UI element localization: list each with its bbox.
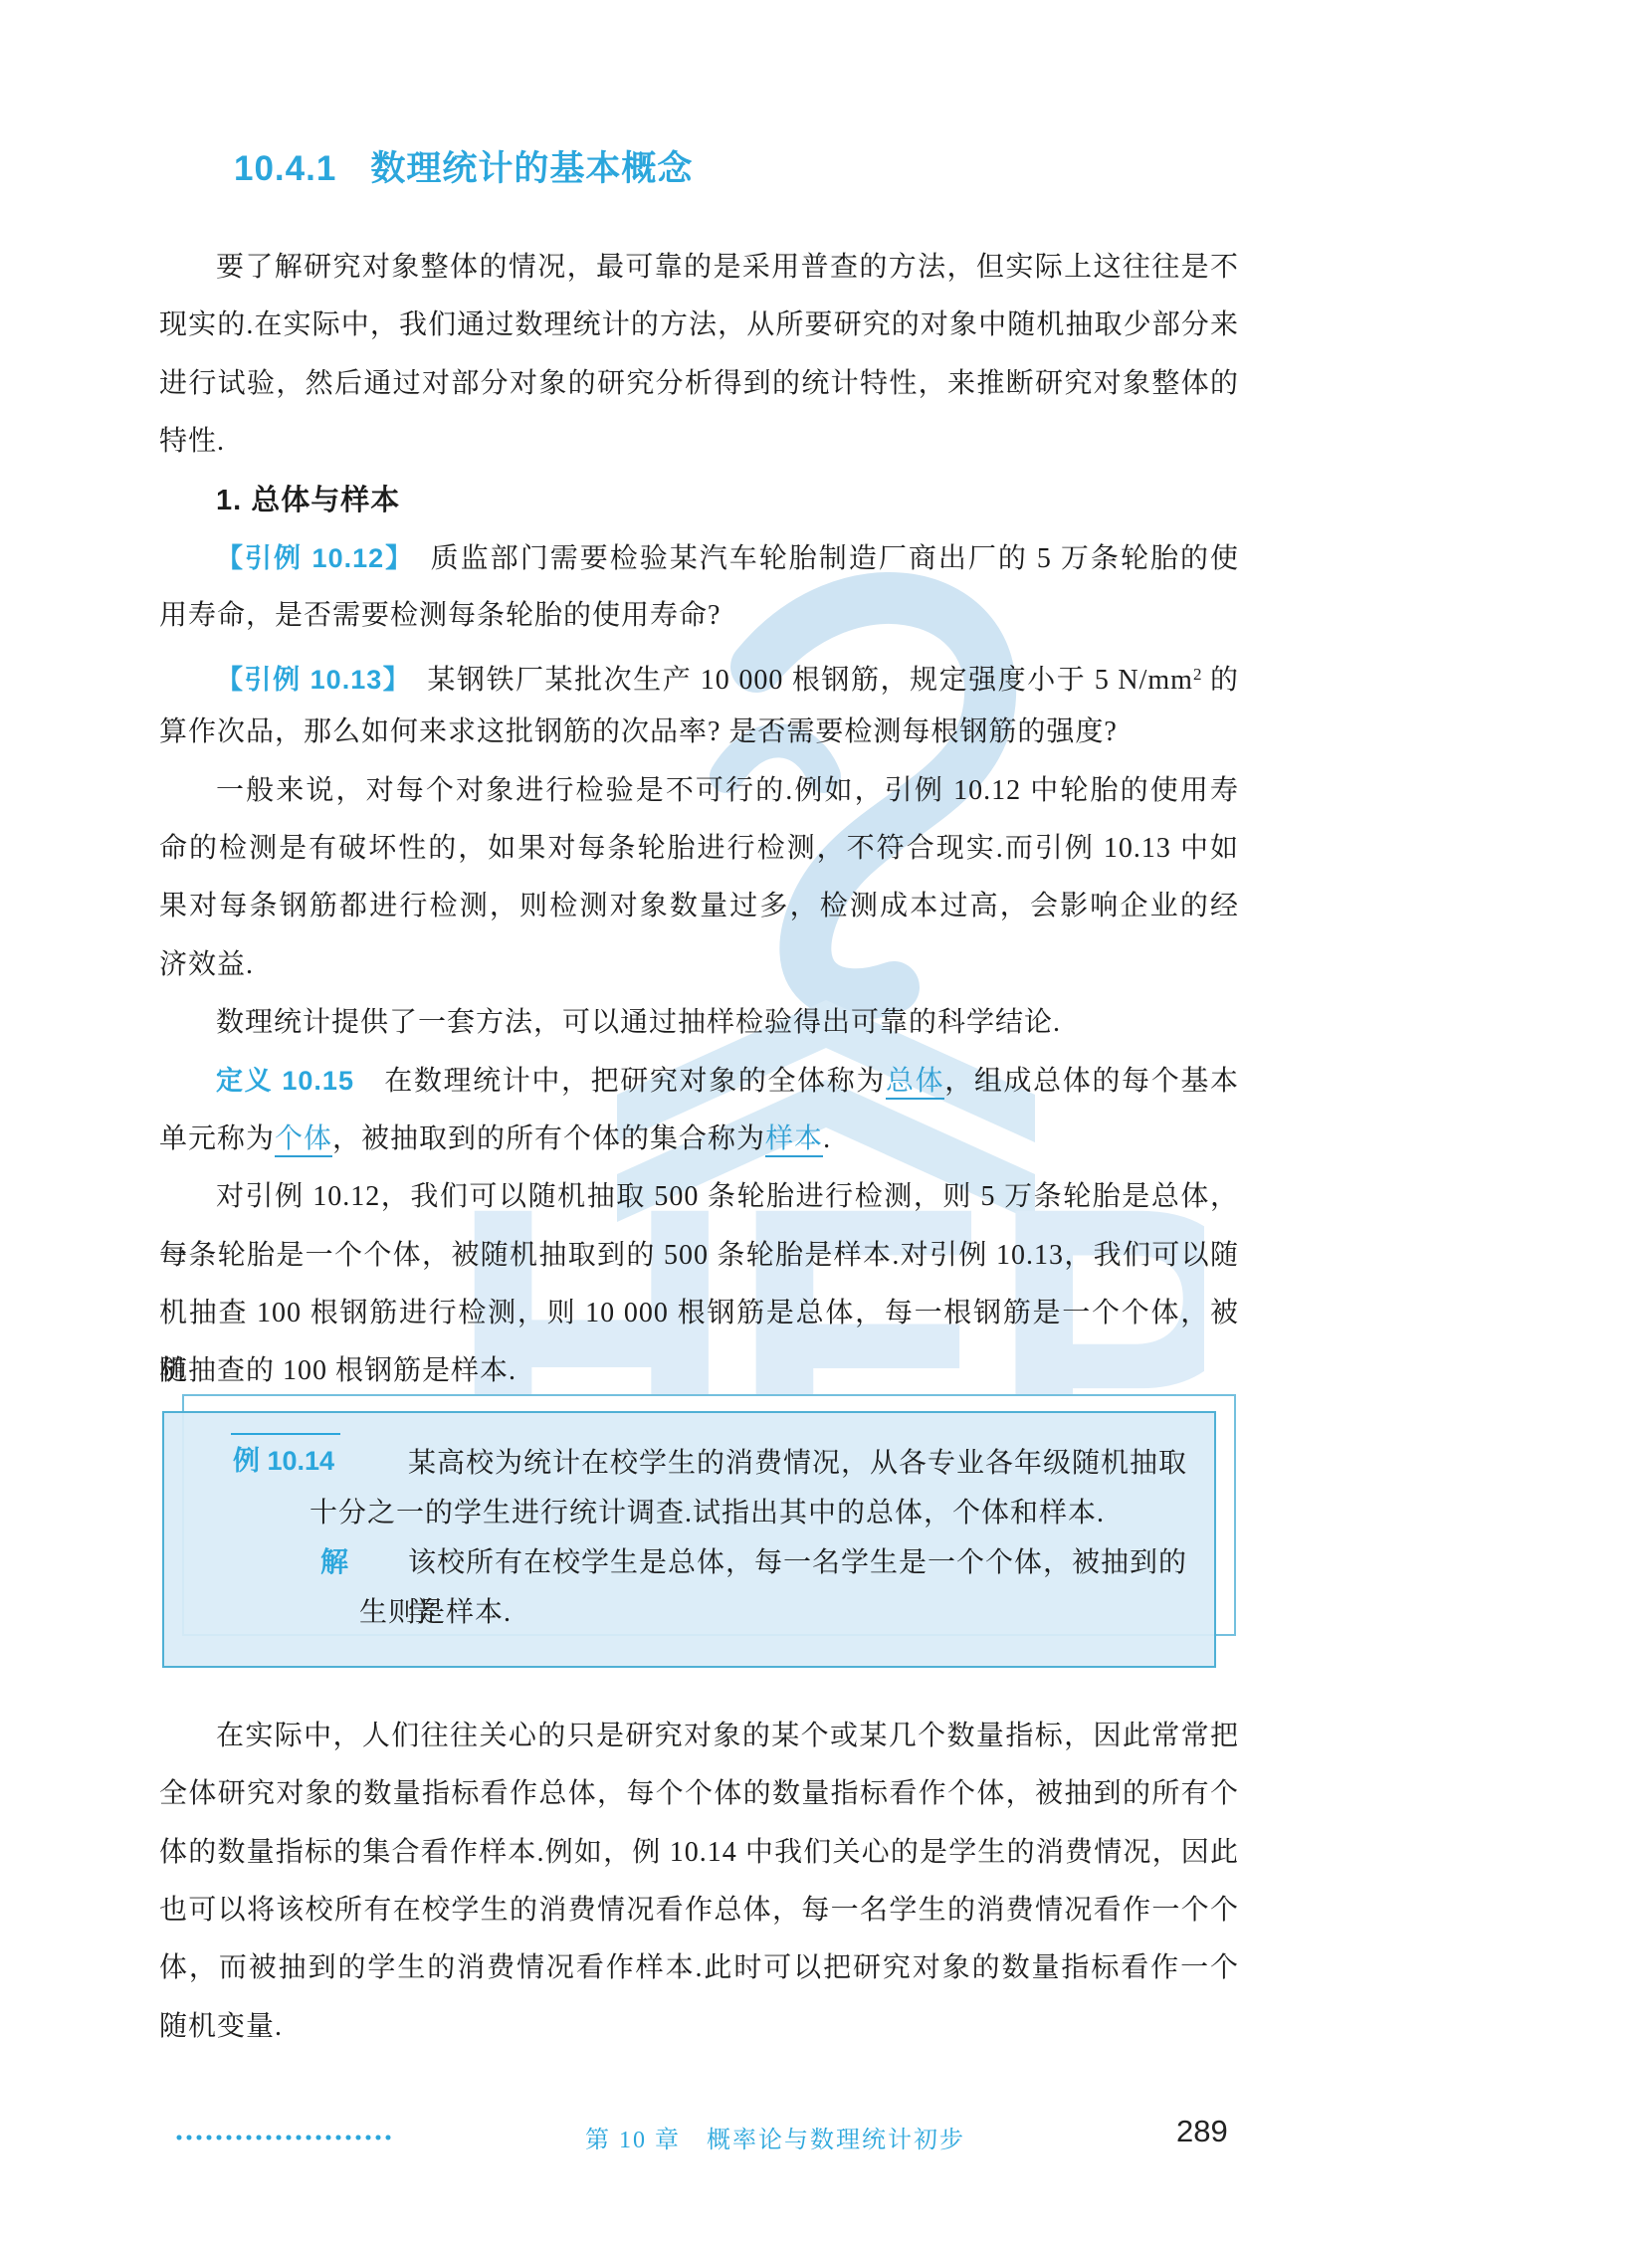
subsection-heading: 1. 总体与样本 <box>159 472 1239 529</box>
section-number: 10.4.1 <box>234 149 336 188</box>
text-segment: 现实的.在实际中，我们通过数理统计的方法，从所要研究的对象中随机抽取少部分来 <box>159 309 1239 340</box>
example-box-line: 该校所有在校学生是总体，每一名学生是一个个体，被抽到的学 <box>408 1538 1214 1588</box>
text-line: 果对每条钢筋都进行检测，则检测对象数量过多，检测成本过高，会影响企业的经 <box>159 878 1239 935</box>
inline-blue-label: 【引例 10.13】 <box>216 665 398 695</box>
section-heading: 10.4.1数理统计的基本概念 <box>234 147 1239 191</box>
text-line: 用寿命，是否需要检测每条轮胎的使用寿命? <box>159 587 1239 645</box>
text-segment: 全体研究对象的数量指标看作总体，每个个体的数量指标看作个体，被抽到的所有个 <box>159 1778 1239 1809</box>
text-segment: 单元称为 <box>159 1123 275 1154</box>
example-box: 例 10.14 解 某高校为统计在校学生的消费情况，从各专业各年级随机抽取十分之… <box>162 1411 1216 1668</box>
text-segment: 一般来说，对每个对象进行检验是不可行的.例如，引例 10.12 中轮胎的使用寿 <box>216 775 1239 806</box>
text-line: 算作次品，那么如何来求这批钢筋的次品率? 是否需要检测每根钢筋的强度? <box>159 704 1239 761</box>
key-term: 样本 <box>765 1123 823 1157</box>
text-line: 体的数量指标的集合看作样本.例如，例 10.14 中我们关心的是学生的消费情况，… <box>159 1824 1239 1882</box>
text-segment: 也可以将该校所有在校学生的消费情况看作总体，每一名学生的消费情况看作一个个 <box>159 1895 1239 1926</box>
footer-chapter-title: 第 10 章 概率论与数理统计初步 <box>585 2120 965 2154</box>
example-label: 例 10.14 <box>231 1433 340 1478</box>
text-line: 【引例 10.12】 质监部门需要检验某汽车轮胎制造厂商出厂的 5 万条轮胎的使 <box>159 529 1239 587</box>
body-text-block-1: 要了解研究对象整体的情况，最可靠的是采用普查的方法，但实际上这往往是不现实的.在… <box>159 239 1239 1401</box>
page-footer: 第 10 章 概率论与数理统计初步 289 <box>0 2108 1652 2187</box>
text-segment: 某钢铁厂某批次生产 10 000 根钢筋，规定强度小于 5 N/mm <box>398 665 1193 696</box>
text-line: 也可以将该校所有在校学生的消费情况看作总体，每一名学生的消费情况看作一个个 <box>159 1882 1239 1939</box>
text-line: 单元称为个体，被抽取到的所有个体的集合称为样本. <box>159 1111 1239 1168</box>
text-segment: 在数理统计中，把研究对象的全体称为 <box>354 1066 886 1097</box>
text-line: 命的检测是有破坏性的，如果对每条轮胎进行检测，不符合现实.而引例 10.13 中… <box>159 820 1239 878</box>
text-line: 定义 10.15 在数理统计中，把研究对象的全体称为总体，组成总体的每个基本 <box>159 1052 1239 1110</box>
text-segment: 在实际中，人们往往关心的只是研究对象的某个或某几个数量指标，因此常常把 <box>216 1721 1239 1751</box>
text-segment: 体，而被抽到的学生的消费情况看作样本.此时可以把研究对象的数量指标看作一个 <box>159 1952 1239 1983</box>
text-segment: 用寿命，是否需要检测每条轮胎的使用寿命? <box>159 600 721 631</box>
inline-blue-label: 定义 10.15 <box>216 1066 354 1096</box>
text-segment: 果对每条钢筋都进行检测，则检测对象数量过多，检测成本过高，会影响企业的经 <box>159 891 1239 921</box>
key-term: 总体 <box>886 1066 944 1100</box>
example-box-panel: 例 10.14 解 某高校为统计在校学生的消费情况，从各专业各年级随机抽取十分之… <box>162 1411 1216 1668</box>
solution-label: 解 <box>320 1540 348 1580</box>
example-box-line: 某高校为统计在校学生的消费情况，从各专业各年级随机抽取 <box>408 1439 1214 1489</box>
text-segment: 要了解研究对象整体的情况，最可靠的是采用普查的方法，但实际上这往往是不 <box>216 252 1239 283</box>
text-line: 随机变量. <box>159 1998 1239 2056</box>
text-segment: 1. 总体与样本 <box>216 485 400 516</box>
text-line: 全体研究对象的数量指标看作总体，每个个体的数量指标看作个体，被抽到的所有个 <box>159 1765 1239 1823</box>
text-line: 特性. <box>159 413 1239 471</box>
text-segment: . <box>823 1123 831 1154</box>
text-segment: ，组成总体的每个基本 <box>944 1066 1239 1097</box>
text-segment: 的 <box>1201 665 1239 696</box>
example-box-line: 十分之一的学生进行统计调查.试指出其中的总体，个体和样本. <box>310 1489 1214 1538</box>
text-segment: 进行试验，然后通过对部分对象的研究分析得到的统计特性，来推断研究对象整体的 <box>159 368 1239 399</box>
footer-dotted-line <box>174 2135 393 2140</box>
text-segment: 随机变量. <box>159 2011 283 2042</box>
text-line: 【引例 10.13】 某钢铁厂某批次生产 10 000 根钢筋，规定强度小于 5… <box>159 646 1239 704</box>
text-line: 进行试验，然后通过对部分对象的研究分析得到的统计特性，来推断研究对象整体的 <box>159 355 1239 413</box>
text-segment: 体的数量指标的集合看作样本.例如，例 10.14 中我们关心的是学生的消费情况，… <box>159 1837 1239 1868</box>
section-title: 数理统计的基本概念 <box>370 149 693 188</box>
text-line: 数理统计提供了一套方法，可以通过抽样检验得出可靠的科学结论. <box>159 994 1239 1052</box>
footer-page-number: 289 <box>1176 2114 1228 2149</box>
text-line: 体，而被抽到的学生的消费情况看作样本.此时可以把研究对象的数量指标看作一个 <box>159 1939 1239 1997</box>
page-content: 10.4.1数理统计的基本概念 要了解研究对象整体的情况，最可靠的是采用普查的方… <box>0 0 1652 2241</box>
text-line: 现实的.在实际中，我们通过数理统计的方法，从所要研究的对象中随机抽取少部分来 <box>159 297 1239 354</box>
text-line: 要了解研究对象整体的情况，最可靠的是采用普查的方法，但实际上这往往是不 <box>159 239 1239 297</box>
body-text-block-2: 在实际中，人们往往关心的只是研究对象的某个或某几个数量指标，因此常常把全体研究对… <box>159 1708 1239 2056</box>
text-line: 济效益. <box>159 936 1239 994</box>
key-term: 个体 <box>275 1123 332 1157</box>
text-line: 一般来说，对每个对象进行检验是不可行的.例如，引例 10.12 中轮胎的使用寿 <box>159 762 1239 820</box>
text-line: 机抽查 100 根钢筋进行检测，则 10 000 根钢筋是总体，每一根钢筋是一个… <box>159 1285 1239 1342</box>
example-box-line: 生则是样本. <box>359 1588 1214 1638</box>
text-line: 对引例 10.12，我们可以随机抽取 500 条轮胎进行检测，则 5 万条轮胎是… <box>159 1168 1239 1226</box>
text-segment: 数理统计提供了一套方法，可以通过抽样检验得出可靠的科学结论. <box>216 1007 1061 1038</box>
text-line: 在实际中，人们往往关心的只是研究对象的某个或某几个数量指标，因此常常把 <box>159 1708 1239 1765</box>
text-segment: 质监部门需要检验某汽车轮胎制造厂商出厂的 5 万条轮胎的使 <box>401 543 1239 574</box>
text-segment: 算作次品，那么如何来求这批钢筋的次品率? 是否需要检测每根钢筋的强度? <box>159 716 1118 747</box>
text-segment: 济效益. <box>159 949 254 980</box>
textbook-page: HEP 10.4.1数理统计的基本概念 要了解研究对象整体的情况，最可靠的是采用… <box>0 0 1652 2241</box>
text-segment: ，被抽取到的所有个体的集合称为 <box>332 1123 765 1154</box>
text-segment: 机抽查的 100 根钢筋是样本. <box>159 1355 516 1386</box>
text-line: 机抽查的 100 根钢筋是样本. <box>159 1342 1239 1400</box>
text-segment: 一条轮胎是一个个体，被随机抽取到的 500 条轮胎是样本.对引例 10.13，我… <box>159 1240 1239 1271</box>
inline-blue-label: 【引例 10.12】 <box>216 543 401 573</box>
text-segment: 特性. <box>159 426 225 457</box>
text-segment: 命的检测是有破坏性的，如果对每条轮胎进行检测，不符合现实.而引例 10.13 中… <box>159 833 1239 864</box>
text-line: 一条轮胎是一个个体，被随机抽取到的 500 条轮胎是样本.对引例 10.13，我… <box>159 1227 1239 1285</box>
